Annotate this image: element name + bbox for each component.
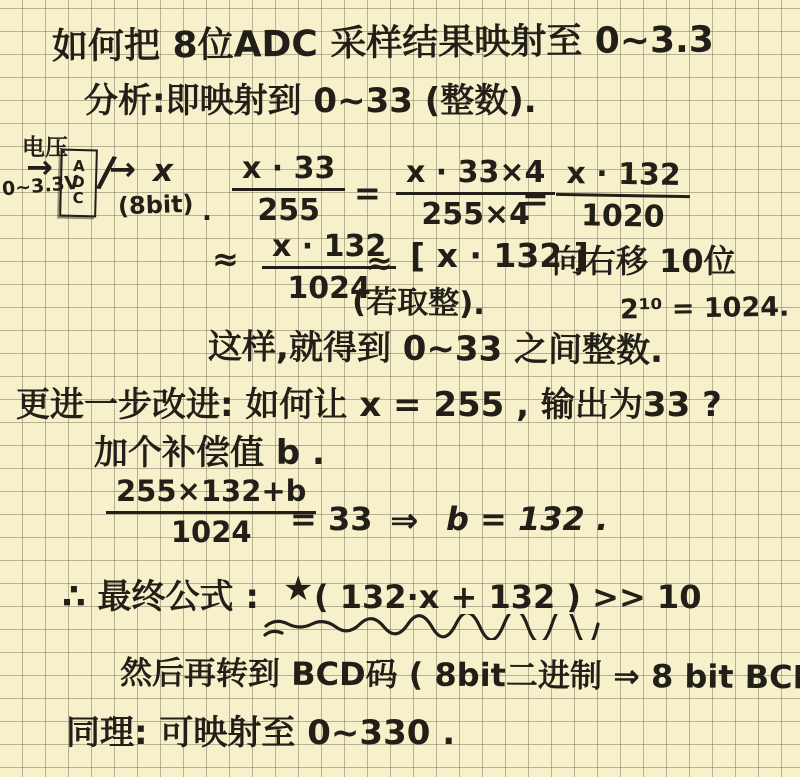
implies-arrow-icon: ⇒: [390, 502, 419, 540]
trailing-dot: .: [202, 198, 212, 227]
note-line-title: 如何把 8位ADC 采样结果映射至 0~3.3: [52, 21, 714, 68]
fraction-denominator: 1024: [171, 514, 252, 549]
adc-letter: C: [72, 191, 83, 207]
shift-right-text: 向右移 10位: [552, 244, 736, 280]
output-arrow-icon: →: [109, 152, 136, 188]
fraction-denominator: 255: [257, 191, 320, 227]
fraction-x33-over-255: x · 33 255: [232, 152, 345, 227]
fraction-numerator: 255×132+b: [106, 476, 316, 514]
fraction-denominator: 255×4: [421, 195, 530, 231]
fraction-denominator: 1020: [581, 196, 665, 233]
approx-icon: ≈: [366, 246, 393, 282]
fraction-255x132b-over-1024: 255×132+b 1024: [106, 476, 316, 549]
equals-sign: =: [354, 176, 381, 212]
note-line-analysis: 分析:即映射到 0~33 (整数).: [84, 82, 537, 120]
approx-icon: ≈: [212, 242, 239, 278]
floor-note: (若取整).: [352, 285, 486, 322]
equals-33: = 33: [290, 502, 372, 538]
result-b-132: b = 132 .: [446, 502, 608, 538]
output-variable: x: [153, 154, 173, 189]
bcd-conversion-line: 然后再转到 BCD码 ( 8bit二进制 ⇒ 8 bit BCD): [120, 656, 800, 697]
offset-line: 加个补偿值 b .: [94, 434, 325, 472]
equals-sign: =: [522, 182, 549, 218]
fraction-numerator: x · 132: [556, 157, 691, 198]
adc-box: A D C: [59, 149, 98, 218]
same-logic-line: 同理: 可映射至 0~330 .: [66, 714, 455, 752]
fraction-numerator: x · 33: [232, 152, 345, 191]
improvement-line: 更进一步改进: 如何让 x = 255 , 输出为33 ?: [16, 386, 722, 424]
star-scribble-icon: ★: [283, 570, 313, 608]
output-bits-label: (8bit): [118, 191, 194, 220]
notebook-page: 如何把 8位ADC 采样结果映射至 0~3.3 分析:即映射到 0~33 (整数…: [0, 0, 800, 777]
conclusion-line: 这样,就得到 0~33 之间整数.: [208, 328, 663, 370]
final-formula-label: ∴ 最终公式 :: [62, 578, 259, 616]
fraction-x132-over-1020: x · 132 1020: [555, 157, 691, 234]
final-formula: ( 132·x + 132 ) >> 10: [314, 580, 701, 616]
power-of-two-note: 2¹⁰ = 1024.: [620, 293, 790, 326]
wavy-underline: [262, 614, 602, 640]
